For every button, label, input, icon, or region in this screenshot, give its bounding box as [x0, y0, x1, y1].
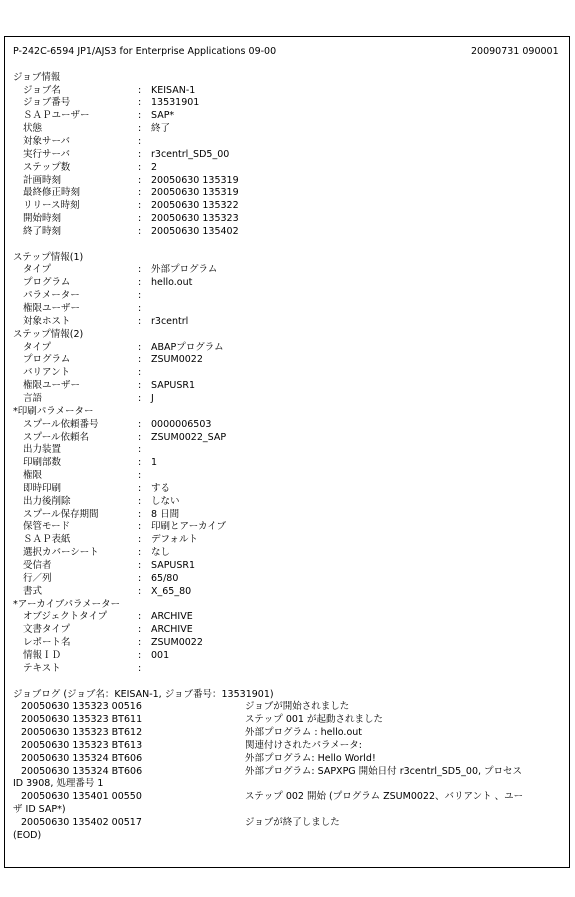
field-label: リリース時刻 — [23, 199, 80, 212]
field-value: SAP* — [151, 109, 174, 122]
field-value: X_65_80 — [151, 585, 191, 598]
log-timestamp: 20050630 135324 BT606 — [21, 765, 142, 778]
field-separator: : — [138, 276, 141, 289]
log-message: ステップ 002 開始 (プログラム ZSUM0022、バリアント 、ユー — [245, 790, 523, 803]
field-value: 001 — [151, 649, 169, 662]
field-value: ARCHIVE — [151, 610, 193, 623]
field-separator: : — [138, 610, 141, 623]
field-separator: : — [138, 508, 141, 521]
field-label: 文書タイプ — [23, 623, 70, 636]
field-label: 権限ユーザー — [23, 302, 80, 315]
field-separator: : — [138, 353, 141, 366]
field-separator: : — [138, 263, 141, 276]
log-entry: 20050630 135323 BT611ステップ 001 が起動されました — [5, 713, 565, 726]
field-row: タイプ:外部プログラム — [5, 263, 565, 276]
field-value: 8 日間 — [151, 508, 179, 521]
field-label: 書式 — [23, 585, 42, 598]
field-row: スプール依頼名:ZSUM0022_SAP — [5, 431, 565, 444]
log-timestamp: 20050630 135323 00516 — [21, 700, 142, 713]
field-row: 権限ユーザー: — [5, 302, 565, 315]
field-label: 出力後削除 — [23, 495, 71, 508]
log-message: ジョブが開始されました — [245, 700, 349, 713]
field-row: 選択カバーシート:なし — [5, 546, 565, 559]
field-row: 状態:終了 — [5, 122, 565, 135]
end-of-data: (EOD) — [5, 829, 565, 842]
log-message-wrap: ザ ID SAP*) — [13, 803, 66, 816]
field-row: ジョブ番号:13531901 — [5, 96, 565, 109]
field-label: 開始時刻 — [23, 212, 61, 225]
field-row: パラメーター: — [5, 289, 565, 302]
field-row: バリアント: — [5, 366, 565, 379]
section-title: ステップ情報(1) — [13, 251, 83, 264]
log-entry: 20050630 135401 00550ステップ 002 開始 (プログラム … — [5, 790, 565, 803]
field-row: オブジェクトタイプ:ARCHIVE — [5, 610, 565, 623]
field-separator: : — [138, 161, 141, 174]
field-value: ZSUM0022 — [151, 636, 203, 649]
field-separator: : — [138, 443, 141, 456]
field-separator: : — [138, 559, 141, 572]
field-separator: : — [138, 482, 141, 495]
log-timestamp: 20050630 135323 BT611 — [21, 713, 142, 726]
field-value: ZSUM0022_SAP — [151, 431, 226, 444]
log-entry-continuation: ザ ID SAP*) — [5, 803, 565, 816]
field-value: 印刷とアーカイブ — [151, 520, 226, 533]
field-row: 受信者:SAPUSR1 — [5, 559, 565, 572]
field-row: ジョブ名:KEISAN-1 — [5, 84, 565, 97]
field-row: 出力後削除:しない — [5, 495, 565, 508]
field-value: 終了 — [151, 122, 170, 135]
log-entry: 20050630 135323 BT612外部プログラム : hello.out — [5, 726, 565, 739]
field-label: 対象ホスト — [23, 315, 71, 328]
field-row: 権限: — [5, 469, 565, 482]
field-label: 印刷部数 — [23, 456, 61, 469]
log-message: ステップ 001 が起動されました — [245, 713, 383, 726]
field-value: デフォルト — [151, 533, 198, 546]
field-row: 保管モード:印刷とアーカイブ — [5, 520, 565, 533]
field-separator: : — [138, 662, 141, 675]
field-separator: : — [138, 148, 141, 161]
field-separator: : — [138, 495, 141, 508]
field-value: 65/80 — [151, 572, 178, 585]
field-value: ABAPプログラム — [151, 341, 224, 354]
field-separator: : — [138, 341, 141, 354]
field-row: ＳＡＰユーザー:SAP* — [5, 109, 565, 122]
field-value: 20050630 135323 — [151, 212, 239, 225]
field-row: 即時印刷:する — [5, 482, 565, 495]
field-label: 情報ＩＤ — [23, 649, 61, 662]
field-row: 行／列:65/80 — [5, 572, 565, 585]
log-timestamp: 20050630 135323 BT613 — [21, 739, 142, 752]
field-label: 行／列 — [23, 572, 52, 585]
subsection-title-print: *印刷パラメーター — [5, 405, 565, 418]
log-message-wrap: ID 3908, 処理番号 1 — [13, 777, 103, 790]
log-entry: 20050630 135402 00517ジョブが終了しました — [5, 816, 565, 829]
field-label: 権限 — [23, 469, 42, 482]
log-entry: 20050630 135323 BT613関連付けされたパラメータ: — [5, 739, 565, 752]
field-label: ジョブ番号 — [23, 96, 70, 109]
log-timestamp: 20050630 135323 BT612 — [21, 726, 142, 739]
field-label: 対象サーバ — [23, 135, 70, 148]
field-separator: : — [138, 456, 141, 469]
log-entry: 20050630 135324 BT606外部プログラム: Hello Worl… — [5, 752, 565, 765]
field-label: 保管モード — [23, 520, 70, 533]
field-label: レポート名 — [23, 636, 71, 649]
field-label: オブジェクトタイプ — [23, 610, 107, 623]
field-row: 対象ホスト:r3centrl — [5, 315, 565, 328]
field-row: タイプ:ABAPプログラム — [5, 341, 565, 354]
subsection-title: *アーカイブパラメーター — [13, 598, 120, 611]
field-row: 最終修正時刻:20050630 135319 — [5, 186, 565, 199]
field-label: スプール保存期間 — [23, 508, 99, 521]
field-separator: : — [138, 212, 141, 225]
field-row: プログラム:ZSUM0022 — [5, 353, 565, 366]
field-value: 0000006503 — [151, 418, 211, 431]
subsection-title-archive: *アーカイブパラメーター — [5, 598, 565, 611]
section-title-job-info: ジョブ情報 — [5, 71, 565, 84]
field-separator: : — [138, 546, 141, 559]
section-title-job-log: ジョブログ (ジョブ名：KEISAN-1, ジョブ番号：13531901) — [5, 688, 565, 701]
field-row: 対象サーバ: — [5, 135, 565, 148]
field-label: 出力装置 — [23, 443, 61, 456]
field-value: r3centrl — [151, 315, 188, 328]
field-value: 1 — [151, 456, 157, 469]
field-separator: : — [138, 636, 141, 649]
field-separator: : — [138, 623, 141, 636]
field-row: スプール保存期間:8 日間 — [5, 508, 565, 521]
field-row: テキスト: — [5, 662, 565, 675]
field-value: しない — [151, 495, 180, 508]
log-entry: 20050630 135324 BT606外部プログラム: SAPXPG 開始日… — [5, 765, 565, 778]
log-message: 外部プログラム : hello.out — [245, 726, 362, 739]
field-value: SAPUSR1 — [151, 559, 195, 572]
field-separator: : — [138, 520, 141, 533]
field-row: 情報ＩＤ:001 — [5, 649, 565, 662]
field-value: KEISAN-1 — [151, 84, 195, 97]
field-separator: : — [138, 289, 141, 302]
field-row: 文書タイプ:ARCHIVE — [5, 623, 565, 636]
field-value: 外部プログラム — [151, 263, 217, 276]
field-label: プログラム — [23, 353, 70, 366]
field-label: タイプ — [23, 263, 51, 276]
field-label: ステップ数 — [23, 161, 70, 174]
field-separator: : — [138, 585, 141, 598]
field-label: スプール依頼名 — [23, 431, 89, 444]
log-entry-continuation: ID 3908, 処理番号 1 — [5, 777, 565, 790]
section-title: ジョブ情報 — [13, 71, 60, 84]
log-message: 外部プログラム: SAPXPG 開始日付 r3centrl_SD5_00, プロ… — [245, 765, 522, 778]
field-label: ジョブ名 — [23, 84, 61, 97]
field-row: 権限ユーザー:SAPUSR1 — [5, 379, 565, 392]
field-row: 出力装置: — [5, 443, 565, 456]
field-separator: : — [138, 469, 141, 482]
field-label: バリアント — [23, 366, 70, 379]
report-header: P-242C-6594 JP1/AJS3 for Enterprise Appl… — [5, 45, 565, 58]
field-value: SAPUSR1 — [151, 379, 195, 392]
product-title: P-242C-6594 JP1/AJS3 for Enterprise Appl… — [13, 45, 276, 58]
field-separator: : — [138, 302, 141, 315]
field-row: 言語:J — [5, 392, 565, 405]
field-separator: : — [138, 122, 141, 135]
end-marker: (EOD) — [13, 829, 41, 842]
field-value: r3centrl_SD5_00 — [151, 148, 229, 161]
field-separator: : — [138, 366, 141, 379]
field-label: 即時印刷 — [23, 482, 61, 495]
field-separator: : — [138, 96, 141, 109]
report-sheet: P-242C-6594 JP1/AJS3 for Enterprise Appl… — [4, 36, 570, 868]
field-separator: : — [138, 225, 141, 238]
field-row: 計画時刻:20050630 135319 — [5, 174, 565, 187]
report-timestamp: 20090731 090001 — [471, 45, 559, 58]
field-label: ＳＡＰユーザー — [23, 109, 90, 122]
field-separator: : — [138, 315, 141, 328]
field-separator: : — [138, 431, 141, 444]
log-message: ジョブが終了しました — [245, 816, 340, 829]
section-title-step-2: ステップ情報(2) — [5, 328, 565, 341]
section-title: ステップ情報(2) — [13, 328, 83, 341]
field-value: 20050630 135322 — [151, 199, 239, 212]
field-label: ＳＡＰ表紙 — [23, 533, 71, 546]
field-row: リリース時刻:20050630 135322 — [5, 199, 565, 212]
field-value: J — [151, 392, 154, 405]
field-value: ZSUM0022 — [151, 353, 203, 366]
field-label: 言語 — [23, 392, 42, 405]
log-timestamp: 20050630 135401 00550 — [21, 790, 142, 803]
field-separator: : — [138, 572, 141, 585]
field-separator: : — [138, 84, 141, 97]
field-separator: : — [138, 186, 141, 199]
section-title: ジョブログ (ジョブ名：KEISAN-1, ジョブ番号：13531901) — [13, 688, 274, 701]
field-row: 印刷部数:1 — [5, 456, 565, 469]
field-row: ＳＡＰ表紙:デフォルト — [5, 533, 565, 546]
field-row: 書式:X_65_80 — [5, 585, 565, 598]
field-label: 選択カバーシート — [23, 546, 99, 559]
field-label: 計画時刻 — [23, 174, 61, 187]
field-value: 20050630 135319 — [151, 186, 239, 199]
field-separator: : — [138, 392, 141, 405]
field-label: 最終修正時刻 — [23, 186, 80, 199]
field-row: プログラム:hello.out — [5, 276, 565, 289]
field-value: する — [151, 482, 170, 495]
field-separator: : — [138, 174, 141, 187]
field-row: レポート名:ZSUM0022 — [5, 636, 565, 649]
field-separator: : — [138, 533, 141, 546]
field-label: 権限ユーザー — [23, 379, 80, 392]
field-label: 実行サーバ — [23, 148, 70, 161]
log-entry: 20050630 135323 00516ジョブが開始されました — [5, 700, 565, 713]
log-timestamp: 20050630 135324 BT606 — [21, 752, 142, 765]
field-separator: : — [138, 418, 141, 431]
field-value: 2 — [151, 161, 157, 174]
field-row: 開始時刻:20050630 135323 — [5, 212, 565, 225]
field-separator: : — [138, 199, 141, 212]
field-value: 20050630 135319 — [151, 174, 239, 187]
field-row: 終了時刻:20050630 135402 — [5, 225, 565, 238]
field-label: パラメーター — [23, 289, 80, 302]
field-row: スプール依頼番号:0000006503 — [5, 418, 565, 431]
field-label: テキスト — [23, 662, 61, 675]
field-value: 13531901 — [151, 96, 199, 109]
subsection-title: *印刷パラメーター — [13, 405, 93, 418]
field-separator: : — [138, 135, 141, 148]
log-message: 関連付けされたパラメータ: — [245, 739, 362, 752]
field-value: 20050630 135402 — [151, 225, 239, 238]
section-title-step-1: ステップ情報(1) — [5, 251, 565, 264]
field-separator: : — [138, 379, 141, 392]
field-label: 終了時刻 — [23, 225, 61, 238]
field-value: ARCHIVE — [151, 623, 193, 636]
field-label: 受信者 — [23, 559, 52, 572]
field-row: ステップ数:2 — [5, 161, 565, 174]
field-label: プログラム — [23, 276, 70, 289]
log-timestamp: 20050630 135402 00517 — [21, 816, 142, 829]
field-value: なし — [151, 546, 170, 559]
log-message: 外部プログラム: Hello World! — [245, 752, 376, 765]
field-label: 状態 — [23, 122, 42, 135]
field-value: hello.out — [151, 276, 192, 289]
field-label: スプール依頼番号 — [23, 418, 99, 431]
field-separator: : — [138, 109, 141, 122]
field-label: タイプ — [23, 341, 51, 354]
field-row: 実行サーバ:r3centrl_SD5_00 — [5, 148, 565, 161]
field-separator: : — [138, 649, 141, 662]
